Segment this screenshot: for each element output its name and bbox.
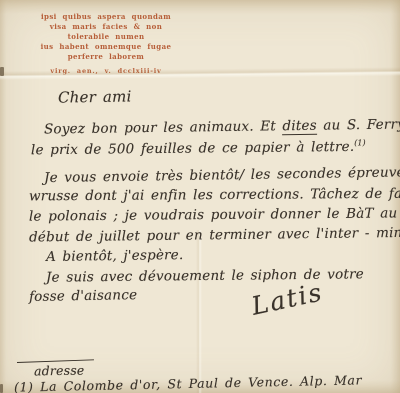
p1l1-post: au S. Ferry xyxy=(317,116,400,133)
paragraph1-line1: Soyez bon pour les animaux. Et dites au … xyxy=(44,116,400,137)
signature: Latis xyxy=(249,277,326,320)
paragraph1-line2: le prix de 500 feuilles de ce papier à l… xyxy=(31,138,366,158)
salutation: Cher ami xyxy=(58,87,132,106)
letterhead-line-1: ipsi quibus aspera quondam xyxy=(26,12,186,22)
letterhead-line-2: visa maris facies & non tolerabile numen xyxy=(26,22,186,42)
footnote-reference-mark: (1) xyxy=(354,138,365,147)
letter-paper: ipsi quibus aspera quondam visa maris fa… xyxy=(0,0,400,393)
vertical-fold-crease xyxy=(196,230,202,393)
paragraph2-line4: début de juillet pour en terminer avec l… xyxy=(29,225,400,246)
p1l1-pre: Soyez bon pour les animaux. Et xyxy=(44,118,283,137)
p1l1-underlined-word: dites xyxy=(282,118,317,135)
left-edge-mark xyxy=(0,67,4,76)
footnote-label: adresse xyxy=(34,363,85,379)
bottom-left-edge-mark xyxy=(0,384,3,393)
closing-line: A bientôt, j'espère. xyxy=(46,247,184,265)
paragraph2-line3: le polonais ; je voudrais pouvoir donner… xyxy=(29,205,397,224)
letterhead-line-3: ius habent omnemque fugae perferre labor… xyxy=(26,42,186,62)
p1l2-text: le prix de 500 feuilles de ce papier à l… xyxy=(31,139,354,158)
printed-letterhead: ipsi quibus aspera quondam visa maris fa… xyxy=(26,12,186,76)
paragraph2-line2: wrusse dont j'ai enfin les corrections. … xyxy=(29,186,400,205)
paragraph2-line1: Je vous envoie très bientôt/ les seconde… xyxy=(44,164,400,186)
valediction-line2: fosse d'aisance xyxy=(29,287,137,305)
